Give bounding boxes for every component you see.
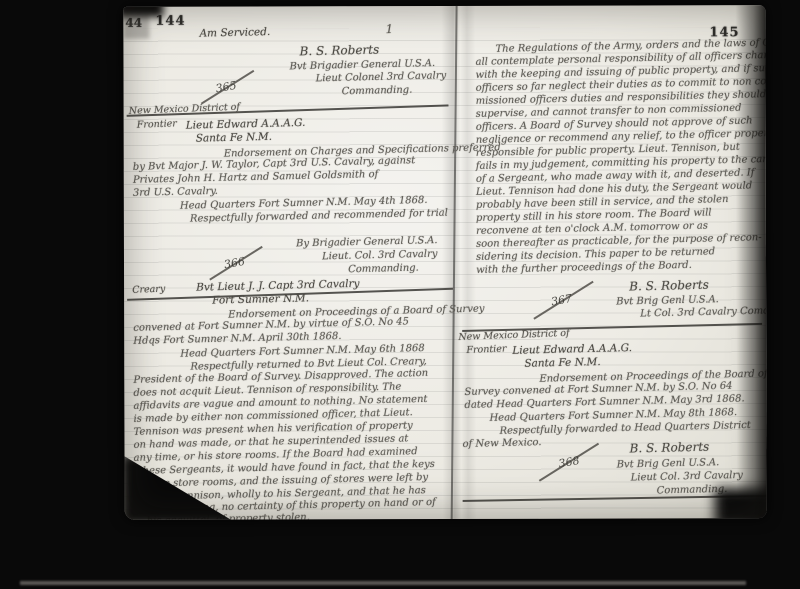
signature-name: B. S. Roberts	[629, 442, 709, 455]
edge-page-number: 44	[125, 16, 142, 30]
margin-note: Creary	[132, 284, 165, 296]
address-line: Santa Fe N.M.	[196, 132, 272, 145]
signature-commanding: Commanding.	[342, 85, 413, 98]
signature-commanding: Commanding.	[348, 263, 419, 276]
address-line: Santa Fe N.M.	[524, 357, 600, 370]
body-line: 3rd U.S. Cavalry.	[133, 186, 218, 199]
book-binding-shadow	[735, 5, 766, 518]
body-line: of New Mexico.	[462, 437, 541, 450]
microfilm-bottom-strip	[20, 581, 746, 585]
carryover-line: Am Serviced.	[199, 27, 270, 40]
margin-note: Frontier	[466, 343, 506, 355]
scan-corner-shadow-top-left	[123, 5, 163, 17]
signature-name: B. S. Roberts	[299, 45, 379, 58]
address-line: Fort Sumner N.M.	[212, 293, 309, 306]
gutter-pen-mark: 1	[385, 24, 393, 35]
microfilm-scan-frame: 44 144 Am Serviced. B. S. Roberts Bvt Br…	[0, 0, 800, 589]
margin-note: Frontier	[137, 118, 177, 130]
signature-name: B. S. Roberts	[629, 280, 709, 293]
ledger-page-spread: 44 144 Am Serviced. B. S. Roberts Bvt Br…	[123, 5, 766, 520]
